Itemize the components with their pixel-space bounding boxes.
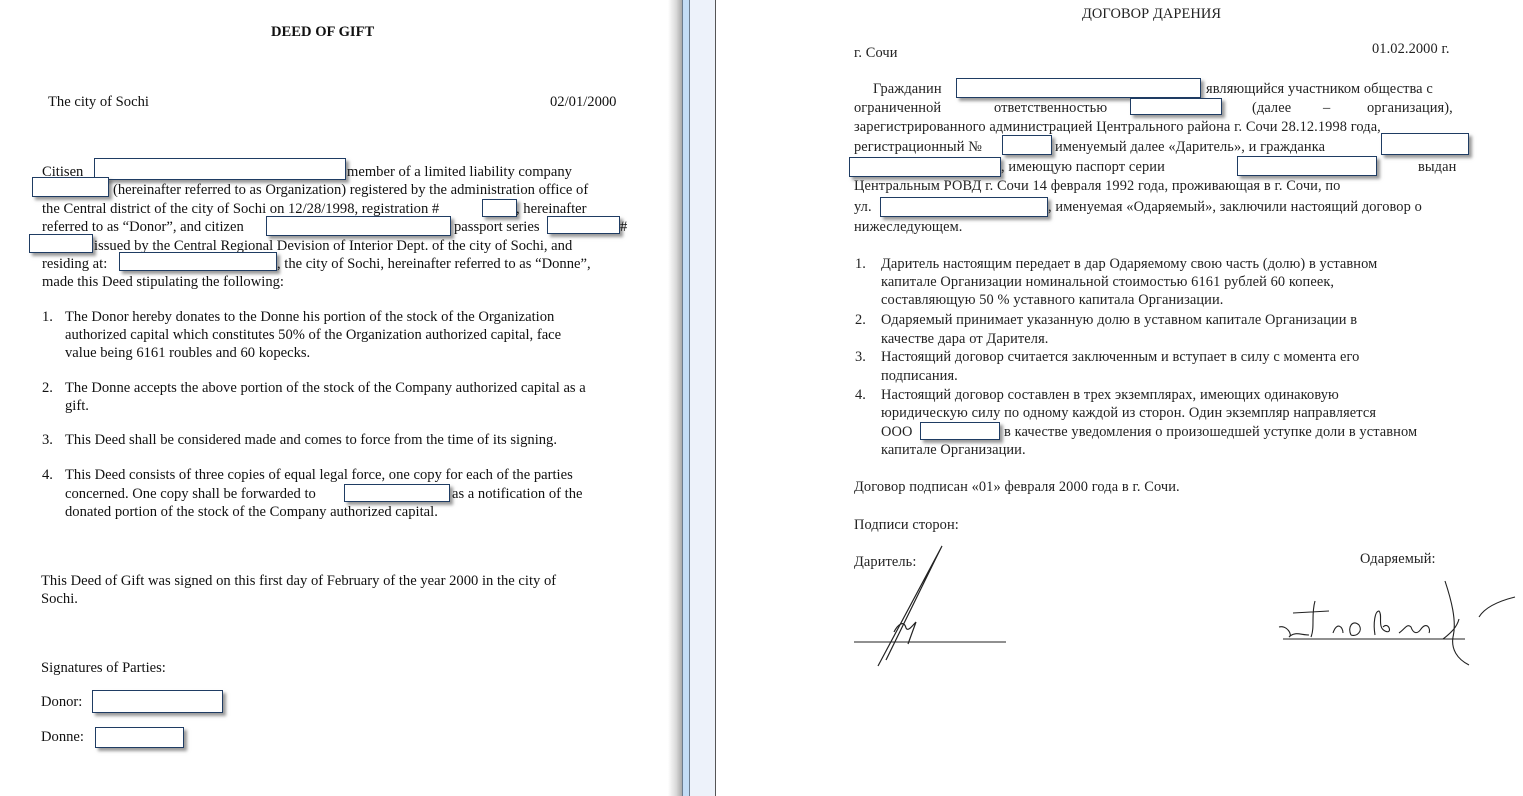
signatures-label: Подписи сторон:	[854, 516, 959, 534]
clause-text: Настоящий договор составлен в трех экзем…	[881, 386, 1339, 404]
intro-line: , the city of Sochi, hereinafter referre…	[277, 255, 591, 273]
redacted-registration-number	[482, 199, 517, 217]
intro-line: , именуемая «Одаряемый», заключили насто…	[1048, 198, 1422, 216]
signed-statement: This Deed of Gift was signed on this fir…	[41, 572, 556, 590]
redacted-passport-series	[547, 216, 620, 234]
redacted-registration-number	[1002, 135, 1052, 155]
russian-date: 01.02.2000 г.	[1372, 40, 1450, 58]
intro-line: организация),	[1367, 99, 1453, 117]
clause-number: 1.	[855, 255, 866, 273]
intro-line: (далее	[1252, 99, 1291, 117]
redacted-recipient-organization	[920, 422, 1000, 440]
clause-text: Настоящий договор считается заключенным …	[881, 348, 1359, 366]
intro-line: именуемый далее «Даритель», и гражданка	[1055, 138, 1325, 156]
signed-statement: Sochi.	[41, 590, 78, 608]
intro-line: являющийся участником общества с	[1206, 80, 1433, 98]
clause-number: 4.	[855, 386, 866, 404]
english-date: 02/01/2000	[550, 93, 616, 111]
clause-text: This Deed shall be considered made and c…	[65, 431, 557, 449]
clause-text: authorized capital which constitutes 50%…	[65, 326, 561, 344]
clause-text: составляющую 50 % уставного капитала Орг…	[881, 291, 1223, 309]
redacted-address	[119, 252, 277, 271]
intro-line: ограниченной	[854, 99, 941, 117]
english-place: The city of Sochi	[48, 93, 149, 111]
intro-line: Гражданин	[873, 80, 942, 98]
intro-line: passport series	[454, 218, 540, 236]
clause-number: 2.	[855, 311, 866, 329]
clause-text: The Donne accepts the above portion of t…	[65, 379, 586, 397]
signed-statement: Договор подписан «01» февраля 2000 года …	[854, 478, 1180, 496]
clause-text: gift.	[65, 397, 89, 415]
intro-line: ул.	[854, 198, 872, 216]
redacted-donor-name	[956, 78, 1201, 98]
clause-text: в качестве уведомления о произошедшей ус…	[1004, 423, 1417, 441]
redacted-donor-signature	[92, 690, 223, 713]
splitter-gutter	[690, 0, 715, 796]
clause-text: value being 6161 roubles and 60 kopecks.	[65, 344, 310, 362]
donor-label: Donor:	[41, 693, 82, 711]
intro-line: ответственностью	[994, 99, 1107, 117]
clause-number: 2.	[42, 379, 53, 397]
clause-text: Одаряемый принимает указанную долю в уст…	[881, 311, 1357, 329]
signatures-label: Signatures of Parties:	[41, 659, 166, 677]
redacted-donor-name	[94, 158, 346, 180]
clause-number: 4.	[42, 466, 53, 484]
redacted-passport-number	[29, 234, 93, 253]
intro-line: residing at:	[42, 255, 107, 273]
clause-text: капитале Организации номинальной стоимос…	[881, 273, 1334, 291]
intro-line: зарегистрированного администрацией Центр…	[854, 118, 1381, 136]
clause-number: 1.	[42, 308, 53, 326]
clause-number: 3.	[42, 431, 53, 449]
intro-line: (hereinafter referred to as Organization…	[113, 181, 588, 199]
intro-line: , имеющую паспорт серии	[1001, 158, 1165, 176]
intro-line: #	[620, 218, 627, 236]
russian-document-page: ДОГОВОР ДАРЕНИЯ г. Сочи 01.02.2000 г. Гр…	[716, 0, 1523, 796]
redacted-street	[880, 197, 1048, 217]
clause-text: donated portion of the stock of the Comp…	[65, 503, 438, 521]
page-shadow	[668, 0, 682, 796]
english-title: DEED OF GIFT	[271, 23, 374, 41]
intro-line: выдан	[1418, 158, 1456, 176]
donor-signature-image	[846, 540, 1016, 670]
donne-signature-image	[1271, 575, 1521, 670]
intro-line: регистрационный №	[854, 138, 982, 156]
clause-text: This Deed consists of three copies of eq…	[65, 466, 573, 484]
redacted-passport-series	[1237, 156, 1377, 176]
intro-line: made this Deed stipulating the following…	[42, 273, 284, 291]
clause-text: подписания.	[881, 367, 958, 385]
english-document-page: DEED OF GIFT The city of Sochi 02/01/200…	[0, 0, 668, 796]
redacted-donne-signature	[95, 727, 184, 748]
clause-text: капитале Организации.	[881, 441, 1026, 459]
intro-line: member of a limited liability company	[347, 163, 572, 181]
donne-label: Одаряемый:	[1360, 550, 1436, 568]
redacted-donee-name	[266, 216, 451, 236]
clause-text: concerned. One copy shall be forwarded t…	[65, 485, 316, 503]
donne-label: Donne:	[41, 728, 84, 746]
intro-line: Центральным РОВД г. Сочи 14 февраля 1992…	[854, 177, 1340, 195]
clause-text: юридическую силу по одному каждой из сто…	[881, 404, 1376, 422]
redacted-recipient-organization	[344, 484, 450, 502]
redacted-organization-name	[1130, 98, 1222, 115]
redacted-donee-name	[849, 157, 1001, 177]
clause-text: качестве дара от Дарителя.	[881, 330, 1049, 348]
clause-text: Даритель настоящим передает в дар Одаряе…	[881, 255, 1377, 273]
russian-place: г. Сочи	[854, 44, 898, 62]
clause-number: 3.	[855, 348, 866, 366]
clause-text: The Donor hereby donates to the Donne hi…	[65, 308, 554, 326]
redacted-organization-name	[32, 177, 109, 197]
clause-text: ООО	[881, 423, 912, 441]
redacted-donee-surname	[1381, 133, 1469, 155]
clause-text: as a notification of the	[452, 485, 583, 503]
intro-line: –	[1323, 99, 1330, 117]
intro-line: нижеследующем.	[854, 218, 963, 236]
russian-title: ДОГОВОР ДАРЕНИЯ	[1082, 5, 1221, 23]
